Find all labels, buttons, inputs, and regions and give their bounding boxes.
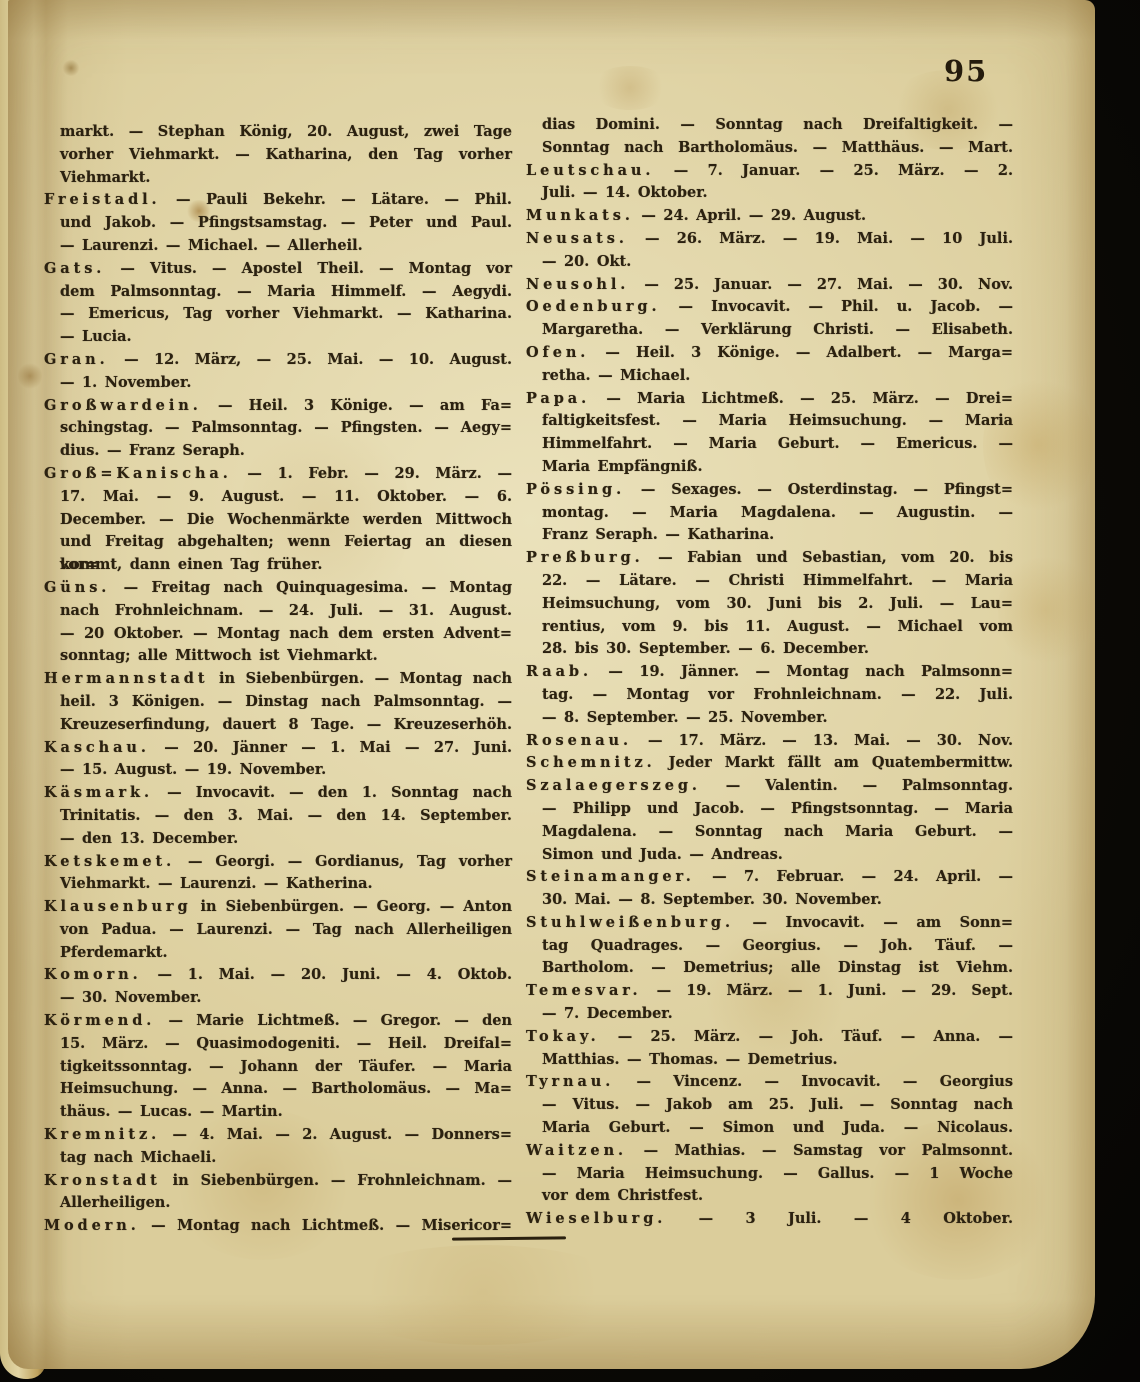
entry-line: Papa. — Maria Lichtmeß. — 25. März. — Dr…: [526, 388, 1013, 411]
entry-line: Szalaegerszeg. — Valentin. — Palmsonntag…: [526, 775, 1013, 798]
entry-line: Ofen. — Heil. 3 Könige. — Adalbert. — Ma…: [526, 342, 1013, 365]
entry-headword: Tokay.: [526, 1028, 600, 1045]
entry-headword: Körmend.: [44, 1012, 155, 1029]
text-line: — 1. November.: [44, 372, 512, 395]
entry-headword: Ofen.: [526, 344, 589, 361]
text-line: Heimsuchung. — Anna. — Bartholomäus. — M…: [44, 1078, 512, 1101]
entry-line: Güns. — Freitag nach Quinquagesima. — Mo…: [44, 577, 512, 600]
text-line: — Lucia.: [44, 326, 512, 349]
entry-headword: Modern.: [44, 1217, 140, 1234]
text-line: — 20. Okt.: [526, 251, 1013, 274]
text-line: dias Domini. — Sonntag nach Dreifaltigke…: [526, 114, 1013, 137]
text-line: von Padua. — Laurenzi. — Tag nach Allerh…: [44, 919, 512, 942]
entry-line: Kremnitz. — 4. Mai. — 2. August. — Donne…: [44, 1124, 512, 1147]
entry-line: Kronstadt in Siebenbürgen. — Frohnleichn…: [44, 1170, 512, 1193]
text-line: Franz Seraph. — Katharina.: [526, 524, 1013, 547]
text-line: — Laurenzi. — Michael. — Allerheil.: [44, 235, 512, 258]
text-line: vorher Viehmarkt. — Katharina, den Tag v…: [44, 144, 512, 167]
entry-line: Neusohl. — 25. Januar. — 27. Mai. — 30. …: [526, 274, 1013, 297]
entry-headword: Oedenburg.: [526, 298, 660, 315]
entry-line: Waitzen. — Mathias. — Samstag vor Palmso…: [526, 1140, 1013, 1163]
entry-headword: Preßburg.: [526, 549, 644, 566]
entry-line: Groß=Kanischa. — 1. Febr. — 29. März. —: [44, 463, 512, 486]
text-line: kommt, dann einen Tag früher.: [44, 554, 512, 577]
entry-line: Hermannstadt in Siebenbürgen. — Montag n…: [44, 668, 512, 691]
paper-stain: [590, 66, 670, 110]
entry-line: Ketskemet. — Georgi. — Gordianus, Tag vo…: [44, 851, 512, 874]
entry-headword: Munkats.: [526, 207, 634, 224]
entry-line: Steinamanger. — 7. Februar. — 24. April.…: [526, 866, 1013, 889]
entry-headword: Stuhlweißenburg.: [526, 914, 734, 931]
entry-line: Großwardein. — Heil. 3 Könige. — am Fa=: [44, 395, 512, 418]
entry-headword: Groß=Kanischa.: [44, 465, 232, 482]
entry-headword: Komorn.: [44, 966, 142, 983]
entry-headword: Tyrnau.: [526, 1073, 614, 1090]
entry-headword: Ketskemet.: [44, 853, 175, 870]
entry-line: Modern. — Montag nach Lichtmeß. — Miseri…: [44, 1215, 512, 1238]
paper-stain: [328, 1245, 638, 1345]
entry-line: Stuhlweißenburg. — Invocavit. — am Sonn=: [526, 912, 1013, 935]
entry-line: Freistadl. — Pauli Bekehr. — Lätare. — P…: [44, 189, 512, 212]
text-line: 30. Mai. — 8. September. 30. November.: [526, 889, 1013, 912]
entry-line: Temesvar. — 19. März. — 1. Juni. — 29. S…: [526, 980, 1013, 1003]
text-line: und Freitag abgehalten; wenn Feiertag an…: [44, 531, 512, 554]
text-line: 22. — Lätare. — Christi Himmelfahrt. — M…: [526, 570, 1013, 593]
text-line: dius. — Franz Seraph.: [44, 440, 512, 463]
text-line: Bartholom. — Demetrius; alle Dinstag ist…: [526, 957, 1013, 980]
entry-headword: Rosenau.: [526, 732, 632, 749]
paper-stain: [62, 60, 80, 76]
text-line: — Emericus, Tag vorher Viehmarkt. — Kath…: [44, 303, 512, 326]
text-line: — Maria Heimsuchung. — Gallus. — 1 Woche: [526, 1163, 1013, 1186]
left-column: markt. — Stephan König, 20. August, zwei…: [44, 121, 512, 1238]
text-line: Viehmarkt. — Laurenzi. — Katherina.: [44, 873, 512, 896]
text-line: vor dem Christfest.: [526, 1185, 1013, 1208]
text-line: 28. bis 30. September. — 6. December.: [526, 638, 1013, 661]
entry-headword: Freistadl.: [44, 191, 161, 208]
entry-headword: Gats.: [44, 260, 105, 277]
entry-headword: Waitzen.: [526, 1142, 627, 1159]
entry-line: Gran. — 12. März, — 25. Mai. — 10. Augus…: [44, 349, 512, 372]
entry-headword: Neusats.: [526, 230, 628, 247]
text-line: Himmelfahrt. — Maria Geburt. — Emericus.…: [526, 433, 1013, 456]
text-line: Juli. — 14. Oktober.: [526, 182, 1013, 205]
entry-line: Käsmark. — Invocavit. — den 1. Sonntag n…: [44, 782, 512, 805]
entry-headword: Szalaegerszeg.: [526, 777, 701, 794]
entry-line: Pössing. — Sexages. — Osterdinstag. — Pf…: [526, 479, 1013, 502]
text-line: Maria Geburt. — Simon und Juda. — Nicola…: [526, 1117, 1013, 1140]
entry-headword: Gran.: [44, 351, 109, 368]
entry-headword: Raab.: [526, 663, 592, 680]
text-line: heil. 3 Königen. — Dinstag nach Palmsonn…: [44, 691, 512, 714]
entry-headword: Kaschau.: [44, 739, 150, 756]
text-line: Trinitatis. — den 3. Mai. — den 14. Sept…: [44, 805, 512, 828]
text-line: rentius, vom 9. bis 11. August. — Michae…: [526, 616, 1013, 639]
entry-line: Preßburg. — Fabian und Sebastian, vom 20…: [526, 547, 1013, 570]
entry-line: Klausenburg in Siebenbürgen. — Georg. — …: [44, 896, 512, 919]
entry-line: Wieselburg. — 3 Juli. — 4 Oktober.: [526, 1208, 1013, 1231]
text-line: nach Frohnleichnam. — 24. Juli. — 31. Au…: [44, 600, 512, 623]
entry-headword: Kronstadt: [44, 1172, 161, 1189]
entry-headword: Papa.: [526, 390, 590, 407]
text-line: 15. März. — Quasimodogeniti. — Heil. Dre…: [44, 1033, 512, 1056]
text-line: tag Quadrages. — Georgius. — Joh. Täuf. …: [526, 935, 1013, 958]
text-line: Allerheiligen.: [44, 1192, 512, 1215]
text-line: — den 13. December.: [44, 828, 512, 851]
entry-headword: Käsmark.: [44, 784, 153, 801]
entry-headword: Klausenburg: [44, 898, 192, 915]
text-line: und Jakob. — Pfingstsamstag. — Peter und…: [44, 212, 512, 235]
text-line: Margaretha. — Verklärung Christi. — Elis…: [526, 319, 1013, 342]
text-line: December. — Die Wochenmärkte werden Mitt…: [44, 509, 512, 532]
entry-headword: Großwardein.: [44, 397, 202, 414]
text-line: Simon und Juda. — Andreas.: [526, 844, 1013, 867]
text-line: Magdalena. — Sonntag nach Maria Geburt. …: [526, 821, 1013, 844]
entry-headword: Wieselburg.: [526, 1210, 666, 1227]
text-line: — 8. September. — 25. November.: [526, 707, 1013, 730]
text-line: faltigkeitsfest. — Maria Heimsuchung. — …: [526, 410, 1013, 433]
text-line: — 30. November.: [44, 987, 512, 1010]
entry-line: Tyrnau. — Vincenz. — Invocavit. — Georgi…: [526, 1071, 1013, 1094]
entry-line: Raab. — 19. Jänner. — Montag nach Palmso…: [526, 661, 1013, 684]
entry-headword: Güns.: [44, 579, 110, 596]
entry-line: Gats. — Vitus. — Apostel Theil. — Montag…: [44, 258, 512, 281]
entry-headword: Pössing.: [526, 481, 625, 498]
text-line: — Philipp und Jacob. — Pfingstsonntag. —…: [526, 798, 1013, 821]
text-line: Kreuzeserfindung, dauert 8 Tage. — Kreuz…: [44, 714, 512, 737]
text-line: — 15. August. — 19. November.: [44, 759, 512, 782]
text-line: Matthias. — Thomas. — Demetrius.: [526, 1049, 1013, 1072]
text-line: — Vitus. — Jakob am 25. Juli. — Sonntag …: [526, 1094, 1013, 1117]
text-line: tigkeitssonntag. — Johann der Täufer. — …: [44, 1056, 512, 1079]
entry-headword: Kremnitz.: [44, 1126, 160, 1143]
scan-background: 95 markt. — Stephan König, 20. August, z…: [0, 0, 1140, 1382]
text-line: dem Palmsonntag. — Maria Himmelf. — Aegy…: [44, 281, 512, 304]
entry-headword: Temesvar.: [526, 982, 642, 999]
entry-headword: Neusohl.: [526, 276, 629, 293]
entry-headword: Hermannstadt: [44, 670, 208, 687]
entry-line: Neusats. — 26. März. — 19. Mai. — 10 Jul…: [526, 228, 1013, 251]
paper-stain: [18, 362, 42, 390]
entry-line: Schemnitz. Jeder Markt fällt am Quatembe…: [526, 752, 1013, 775]
right-column: dias Domini. — Sonntag nach Dreifaltigke…: [526, 114, 1013, 1231]
text-line: schingstag. — Palmsonntag. — Pfingsten. …: [44, 417, 512, 440]
text-line: — 7. December.: [526, 1003, 1013, 1026]
entry-headword: Schemnitz.: [526, 754, 656, 771]
text-line: Pferdemarkt.: [44, 942, 512, 965]
text-line: montag. — Maria Magdalena. — Augustin. —: [526, 502, 1013, 525]
entry-headword: Steinamanger.: [526, 868, 695, 885]
text-line: sonntag; alle Mittwoch ist Viehmarkt.: [44, 645, 512, 668]
text-line: — 20 Oktober. — Montag nach dem ersten A…: [44, 623, 512, 646]
entry-line: Rosenau. — 17. März. — 13. Mai. — 30. No…: [526, 730, 1013, 753]
entry-line: Körmend. — Marie Lichtmeß. — Gregor. — d…: [44, 1010, 512, 1033]
text-line: Viehmarkt.: [44, 167, 512, 190]
entry-line: Tokay. — 25. März. — Joh. Täuf. — Anna. …: [526, 1026, 1013, 1049]
text-line: Heimsuchung, vom 30. Juni bis 2. Juli. —…: [526, 593, 1013, 616]
text-line: thäus. — Lucas. — Martin.: [44, 1101, 512, 1124]
entry-line: Oedenburg. — Invocavit. — Phil. u. Jacob…: [526, 296, 1013, 319]
text-line: Maria Empfängniß.: [526, 456, 1013, 479]
text-line: tag nach Michaeli.: [44, 1147, 512, 1170]
entry-line: Komorn. — 1. Mai. — 20. Juni. — 4. Oktob…: [44, 964, 512, 987]
text-line: retha. — Michael.: [526, 365, 1013, 388]
text-line: tag. — Montag vor Frohnleichnam. — 22. J…: [526, 684, 1013, 707]
entry-line: Leutschau. — 7. Januar. — 25. März. — 2.: [526, 160, 1013, 183]
text-line: 17. Mai. — 9. August. — 11. Oktober. — 6…: [44, 486, 512, 509]
entry-headword: Leutschau.: [526, 162, 654, 179]
page-number: 95: [944, 54, 988, 88]
text-line: Sonntag nach Bartholomäus. — Matthäus. —…: [526, 137, 1013, 160]
entry-line: Munkats. — 24. April. — 29. August.: [526, 205, 1013, 228]
entry-line: Kaschau. — 20. Jänner — 1. Mai — 27. Jun…: [44, 737, 512, 760]
text-line: markt. — Stephan König, 20. August, zwei…: [44, 121, 512, 144]
